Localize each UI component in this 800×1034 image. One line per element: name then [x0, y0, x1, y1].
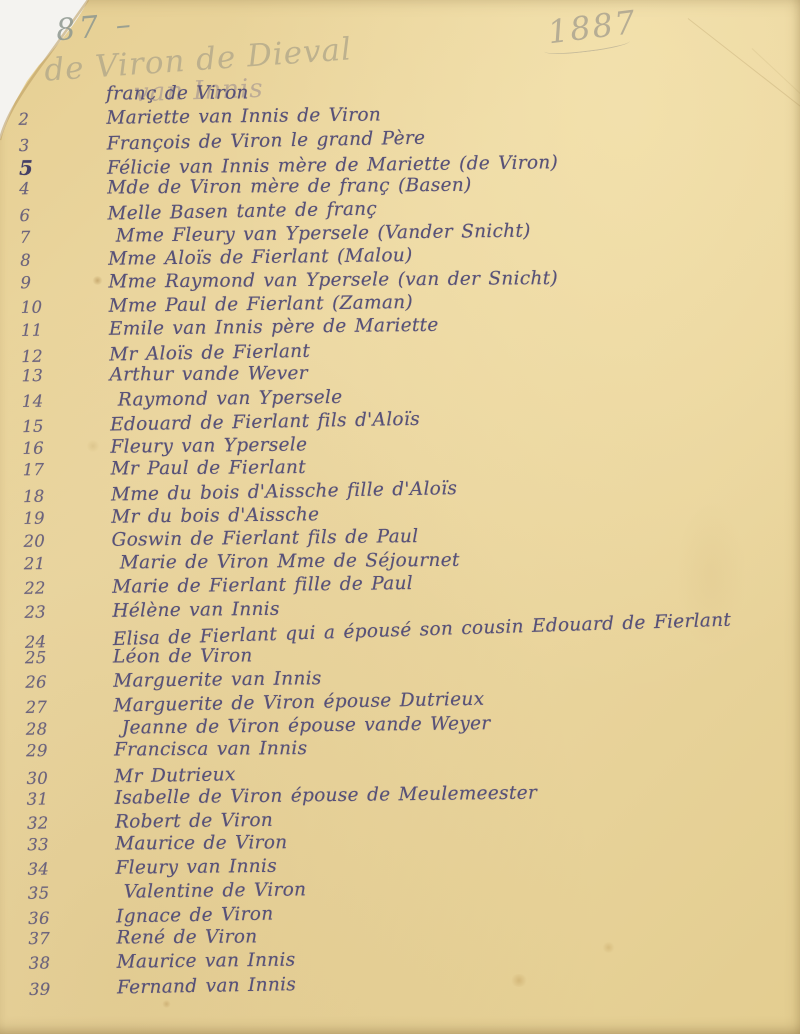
row-text: Goswin de Fierlant fils de Paul	[85, 526, 418, 551]
row-text: franç de Viron	[80, 82, 249, 104]
row-text: Fleury van Innis	[89, 856, 277, 879]
row-text: Valentine de Viron	[90, 879, 307, 903]
row-text: Mde de Viron mère de franç (Basen)	[81, 174, 471, 198]
row-number: 37	[16, 928, 90, 948]
row-number: 5	[7, 155, 81, 180]
row-number: 29	[14, 741, 88, 761]
row-number: 30	[14, 768, 88, 788]
row-text: Francisca van Innis	[88, 738, 307, 761]
row-number: 20	[11, 531, 85, 551]
row-text: Melle Basen tante de franç	[81, 199, 377, 225]
row-number: 3	[7, 135, 81, 155]
row-number: 22	[12, 578, 86, 598]
row-text: François de Viron le grand Père	[81, 128, 426, 155]
row-number: 4	[7, 179, 81, 199]
row-text: Mme Paul de Fierlant (Zaman)	[83, 292, 414, 317]
row-number: 21	[12, 553, 86, 573]
row-text: Marie de Fierlant fille de Paul	[86, 573, 413, 598]
row-text: Mr Aloïs de Fierlant	[83, 341, 310, 366]
row-number: 32	[15, 813, 89, 833]
row-text: Ignace de Viron	[90, 904, 274, 928]
row-number: 33	[15, 835, 89, 855]
row-number: 18	[11, 486, 85, 506]
row-number: 10	[9, 297, 83, 317]
row-number: 17	[11, 460, 85, 480]
row-number: 12	[9, 346, 83, 366]
row-number: 27	[13, 697, 87, 717]
row-number: 14	[10, 391, 84, 411]
row-text: Mariette van Innis de Viron	[80, 105, 381, 130]
row-text: Maurice van Innis	[91, 950, 296, 974]
name-list: franç de Viron 2 Mariette van Innis de V…	[6, 77, 777, 1000]
row-number: 39	[17, 979, 91, 999]
row-text: Mr Dutrieux	[88, 764, 236, 788]
row-text: Mr Paul de Fierlant	[85, 457, 306, 480]
row-number	[6, 100, 80, 101]
row-text: Marguerite van Innis	[87, 668, 322, 692]
row-text: Arthur vande Wever	[83, 363, 308, 386]
row-number: 35	[16, 883, 90, 903]
row-text: Léon de Viron	[87, 645, 253, 667]
row-text: Maurice de Viron	[89, 832, 287, 855]
row-number: 23	[12, 602, 86, 622]
row-number: 28	[14, 719, 88, 739]
row-number: 13	[9, 366, 83, 386]
row-text: Hélène van Innis	[86, 598, 280, 621]
row-text: Raymond van Ypersele	[84, 387, 343, 411]
row-text: Edouard de Fierlant fils d'Aloïs	[84, 409, 420, 436]
row-number: 34	[15, 859, 89, 879]
row-text: Marie de Viron Mme de Séjournet	[86, 550, 460, 574]
row-text: Mme Aloïs de Fierlant (Malou)	[82, 245, 413, 270]
row-number: 26	[13, 672, 87, 692]
row-text: Mme du bois d'Aissche fille d'Aloïs	[85, 479, 458, 507]
row-number: 36	[16, 908, 90, 928]
row-number: 8	[8, 250, 82, 270]
row-number: 9	[8, 272, 82, 292]
row-number: 16	[10, 438, 84, 458]
row-number: 11	[9, 320, 83, 340]
row-text: René de Viron	[90, 926, 257, 948]
row-text: Fernand van Innis	[91, 974, 296, 999]
row-number: 6	[7, 205, 81, 225]
row-number: 15	[10, 416, 84, 436]
row-number: 2	[6, 110, 80, 130]
row-text: Emile van Innis père de Mariette	[83, 315, 439, 340]
row-number: 19	[11, 508, 85, 528]
row-number: 7	[8, 227, 82, 247]
row-number: 31	[15, 789, 89, 809]
row-text: Robert de Viron	[89, 809, 273, 832]
row-number: 38	[17, 953, 91, 973]
row-text: Mme Raymond van Ypersele (van der Snicht…	[82, 268, 558, 293]
row-number: 25	[13, 647, 87, 667]
